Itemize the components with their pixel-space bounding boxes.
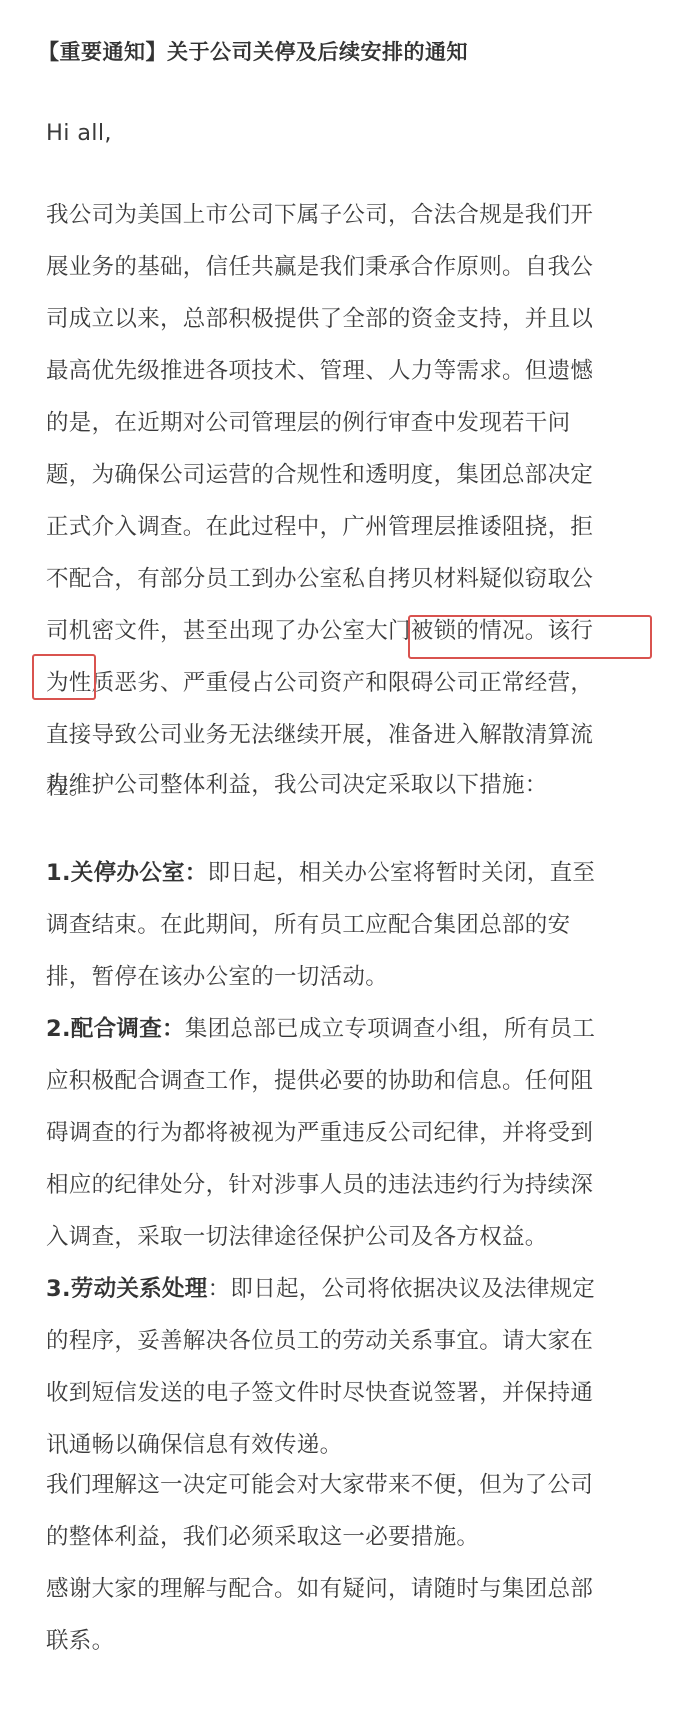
- paragraph-line: 直接导致公司业务无法继续开展，准备进入解散清算流: [46, 720, 593, 750]
- paragraph-line: 题，为确保公司运营的合规性和透明度，集团总部决定: [46, 460, 593, 490]
- measure-text: 调查结束。在此期间，所有员工应配合集团总部的安: [46, 910, 570, 940]
- paragraph-line: 司成立以来，总部积极提供了全部的资金支持，并且以: [46, 304, 593, 334]
- measure-text: ：即日起，公司将依据决议及法律规定: [208, 1276, 596, 1302]
- greeting: Hi all,: [46, 118, 112, 148]
- measure-text: 即日起，相关办公室将暂时关闭，直至: [208, 860, 596, 886]
- measure-text: 相应的纪律处分，针对涉事人员的违法违约行为持续深: [46, 1170, 593, 1200]
- measures-intro: 为维护公司整体利益，我公司决定采取以下措施：: [46, 770, 548, 800]
- measure-text: 收到短信发送的电子签文件时尽快查说签署，并保持通: [46, 1378, 593, 1408]
- closing-line: 的整体利益，我们必须采取这一必要措施。: [46, 1522, 479, 1552]
- paragraph-line: 不配合，有部分员工到办公室私自拷贝材料疑似窃取公: [46, 564, 593, 594]
- measure-text: 入调查，采取一切法律途径保护公司及各方权益。: [46, 1222, 548, 1252]
- measure-label: 1.关停办公室：: [46, 860, 208, 886]
- paragraph-line: 的是，在近期对公司管理层的例行审查中发现若干问: [46, 408, 570, 438]
- closing-line: 感谢大家的理解与配合。如有疑问，请随时与集团总部: [46, 1574, 593, 1604]
- paragraph-line: 我公司为美国上市公司下属子公司，合法合规是我们开: [46, 200, 593, 230]
- measure-text: 的程序，妥善解决各位员工的劳动关系事宜。请大家在: [46, 1326, 593, 1356]
- paragraph-line: 最高优先级推进各项技术、管理、人力等需求。但遗憾: [46, 356, 593, 386]
- measure-text: 排，暂停在该办公室的一切活动。: [46, 962, 388, 992]
- measure-text: 碍调查的行为都将被视为严重违反公司纪律，并将受到: [46, 1118, 593, 1148]
- measure-text: 应积极配合调查工作，提供必要的协助和信息。任何阻: [46, 1066, 593, 1096]
- highlight-box-dissolution: [408, 615, 652, 659]
- highlight-box-dissolution-continued: [32, 654, 96, 700]
- closing-line: 联系。: [46, 1626, 114, 1656]
- measure-text: 集团总部已成立专项调查小组，所有员工: [185, 1016, 595, 1042]
- measure-text: 讯通畅以确保信息有效传递。: [46, 1430, 342, 1460]
- measure-label: 2.配合调查：: [46, 1016, 185, 1042]
- paragraph-line: 为性质恶劣、严重侵占公司资产和限碍公司正常经营，: [46, 668, 593, 698]
- paragraph-line: 展业务的基础，信任共赢是我们秉承合作原则。自我公: [46, 252, 593, 282]
- paragraph-line: 正式介入调查。在此过程中，广州管理层推诿阻挠，拒: [46, 512, 593, 542]
- closing-line: 我们理解这一决定可能会对大家带来不便，但为了公司: [46, 1470, 593, 1500]
- measure-label: 3.劳动关系处理: [46, 1276, 208, 1302]
- notice-title: 【重要通知】关于公司关停及后续安排的通知: [38, 36, 468, 66]
